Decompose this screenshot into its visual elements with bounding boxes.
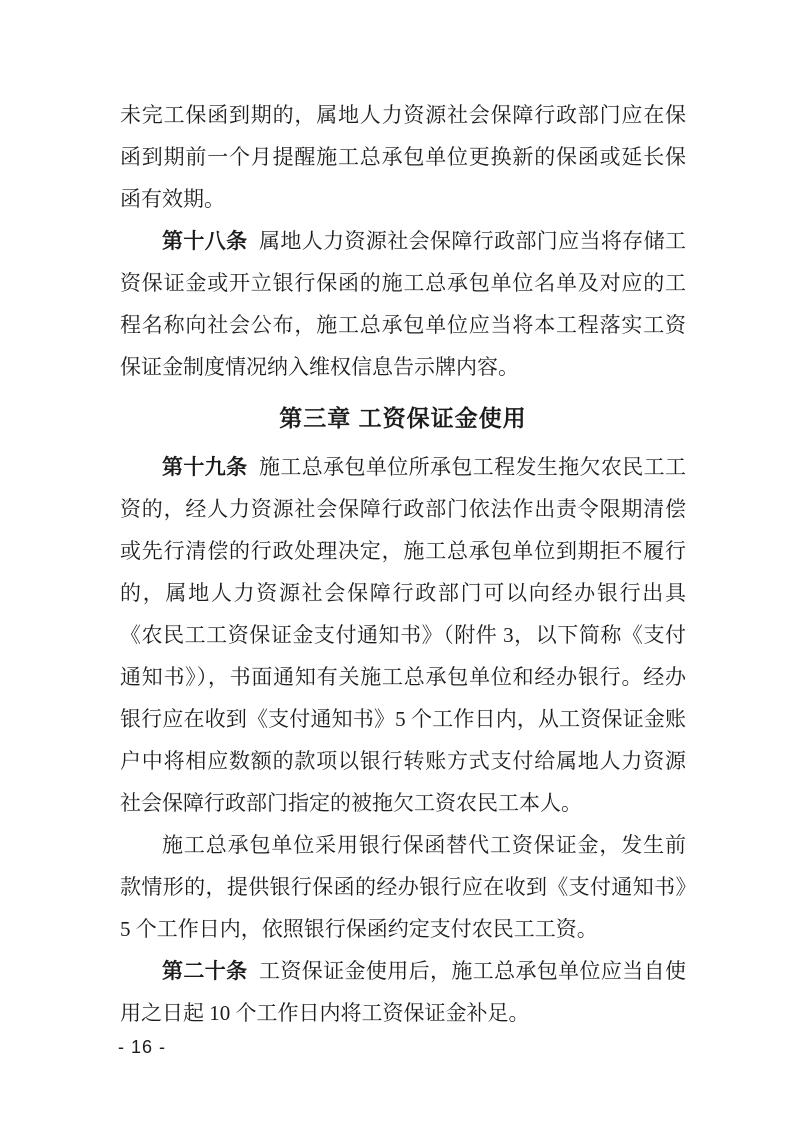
article-19-text: 施工总承包单位所承包工程发生拖欠农民工工资的，经人力资源社会保障行政部门依法作出… (120, 455, 686, 815)
article-18-label: 第十八条 (162, 229, 247, 253)
chapter-heading: 第三章 工资保证金使用 (120, 396, 686, 440)
article-20-paragraph: 第二十条工资保证金使用后，施工总承包单位应当自使用之日起 10 个工作日内将工资… (120, 950, 686, 1034)
article-20-label: 第二十条 (162, 959, 247, 983)
continuation-paragraph: 未完工保函到期的，属地人力资源社会保障行政部门应在保函到期前一个月提醒施工总承包… (120, 94, 686, 220)
document-body: 未完工保函到期的，属地人力资源社会保障行政部门应在保函到期前一个月提醒施工总承包… (120, 94, 686, 1034)
article-19-label: 第十九条 (162, 455, 247, 479)
article-18-paragraph: 第十八条属地人力资源社会保障行政部门应当将存储工资保证金或开立银行保函的施工总承… (120, 220, 686, 388)
document-page: 未完工保函到期的，属地人力资源社会保障行政部门应在保函到期前一个月提醒施工总承包… (0, 0, 800, 1131)
article-19-paragraph: 第十九条施工总承包单位所承包工程发生拖欠农民工工资的，经人力资源社会保障行政部门… (120, 446, 686, 824)
bank-guarantee-paragraph: 施工总承包单位采用银行保函替代工资保证金，发生前款情形的，提供银行保函的经办银行… (120, 824, 686, 950)
page-number: - 16 - (118, 1036, 166, 1058)
